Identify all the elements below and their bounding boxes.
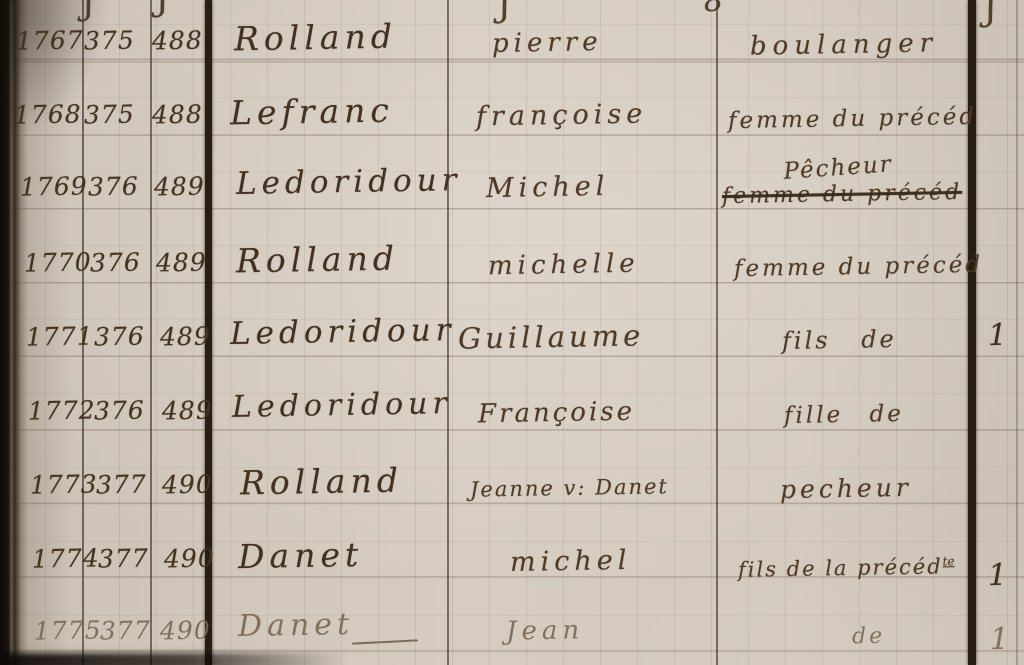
- occupation-cell: de: [852, 624, 886, 650]
- page-number: 377: [98, 544, 149, 574]
- table-row: 1775 377 490 Danet Jean de 1: [0, 608, 1024, 665]
- occupation-cell: femme du précéd: [734, 252, 983, 282]
- entry-number: 1772: [28, 395, 96, 425]
- page-number: 376: [94, 322, 145, 352]
- occupation-cell: fille de: [784, 401, 904, 429]
- surname-cell: Lefranc: [230, 91, 394, 133]
- entry-number: 1769: [20, 171, 88, 201]
- register-page: ʃ ʃ ʃ 8 ʃ 1767 375 488 Rolland pierre bo…: [0, 0, 1024, 665]
- table-row: 1769 376 489 Ledoridour Michel Pêcheur f…: [0, 164, 1024, 228]
- occupation-cell: femme du précéd: [728, 104, 977, 134]
- folio-number: 489: [162, 396, 213, 426]
- occupation-cell: pecheur: [780, 473, 912, 504]
- occupation-cell: boulanger: [750, 28, 939, 61]
- surname-cell: Ledoridour: [232, 386, 452, 425]
- folio-number: 488: [152, 26, 203, 56]
- entry-number: 1771: [26, 321, 94, 351]
- page-number: 375: [84, 26, 135, 56]
- occupation-cell: fils de la précédte: [738, 554, 955, 582]
- folio-number: 490: [160, 616, 211, 646]
- given-name-cell: françoise: [476, 99, 648, 133]
- page-number: 376: [94, 396, 145, 426]
- occupation-text: fils de la précéd: [738, 554, 943, 582]
- occupation-struck-text: femme du précéd: [722, 180, 963, 209]
- given-name-cell: pierre: [492, 27, 603, 59]
- entry-number: 1775: [34, 615, 102, 645]
- page-number: 376: [88, 172, 139, 202]
- surname-cell: Ledoridour: [230, 312, 456, 352]
- margin-mark: 1: [990, 622, 1010, 657]
- table-row: 1774 377 490 Danet michel fils de la pré…: [0, 534, 1024, 598]
- entry-number: 1770: [24, 247, 92, 277]
- margin-mark: 1: [988, 318, 1008, 353]
- surname-cell: Rolland: [236, 239, 400, 281]
- given-name-cell: Guillaume: [458, 318, 645, 355]
- folio-number: 490: [162, 470, 213, 500]
- given-name-cell: Françoise: [478, 397, 635, 430]
- entry-number: 1774: [32, 543, 100, 573]
- ink-stroke-fragment: ʃ: [158, 0, 169, 18]
- entry-number: 1773: [30, 469, 98, 499]
- surname-cell: Danet: [238, 607, 355, 644]
- occupation-correction: Pêcheur: [783, 151, 894, 185]
- table-row: 1771 376 489 Ledoridour Guillaume fils d…: [0, 312, 1024, 376]
- page-number: 375: [84, 100, 135, 130]
- folio-number: 489: [160, 322, 211, 352]
- occupation-cell: fils de: [782, 325, 897, 355]
- given-name-cell: Jean: [506, 615, 585, 646]
- folio-number: 490: [164, 544, 215, 574]
- occupation-superscript: te: [942, 554, 954, 568]
- folio-number: 489: [156, 248, 207, 278]
- surname-cell: Danet: [238, 535, 364, 576]
- occupation-cell: Pêcheur femme du précéd: [722, 180, 963, 209]
- margin-mark: 1: [988, 558, 1008, 593]
- table-row: 1772 376 489 Ledoridour Françoise fille …: [0, 388, 1024, 452]
- given-name-cell: michelle: [488, 249, 640, 282]
- table-row: 1773 377 490 Rolland Jeanne v: Danet pec…: [0, 460, 1024, 524]
- given-name-cell: michel: [510, 545, 632, 578]
- table-row: 1767 375 488 Rolland pierre boulanger: [0, 18, 1024, 82]
- table-row: 1770 376 489 Rolland michelle femme du p…: [0, 240, 1024, 304]
- given-name-cell: Jeanne v: Danet: [470, 474, 669, 501]
- table-row: 1768 375 488 Lefranc françoise femme du …: [0, 92, 1024, 156]
- entry-number: 1768: [14, 99, 82, 129]
- surname-cell: Rolland: [234, 17, 398, 59]
- surname-cell: Ledoridour: [236, 162, 462, 202]
- folio-number: 488: [152, 100, 203, 130]
- entry-number: 1767: [16, 25, 84, 55]
- page-number: 377: [96, 470, 147, 500]
- given-name-cell: Michel: [486, 171, 610, 204]
- surname-cell: Rolland: [240, 461, 404, 503]
- page-number: 377: [100, 616, 151, 646]
- folio-number: 489: [154, 172, 205, 202]
- page-number: 376: [90, 248, 141, 278]
- ink-stroke-fragment: 8: [704, 0, 724, 19]
